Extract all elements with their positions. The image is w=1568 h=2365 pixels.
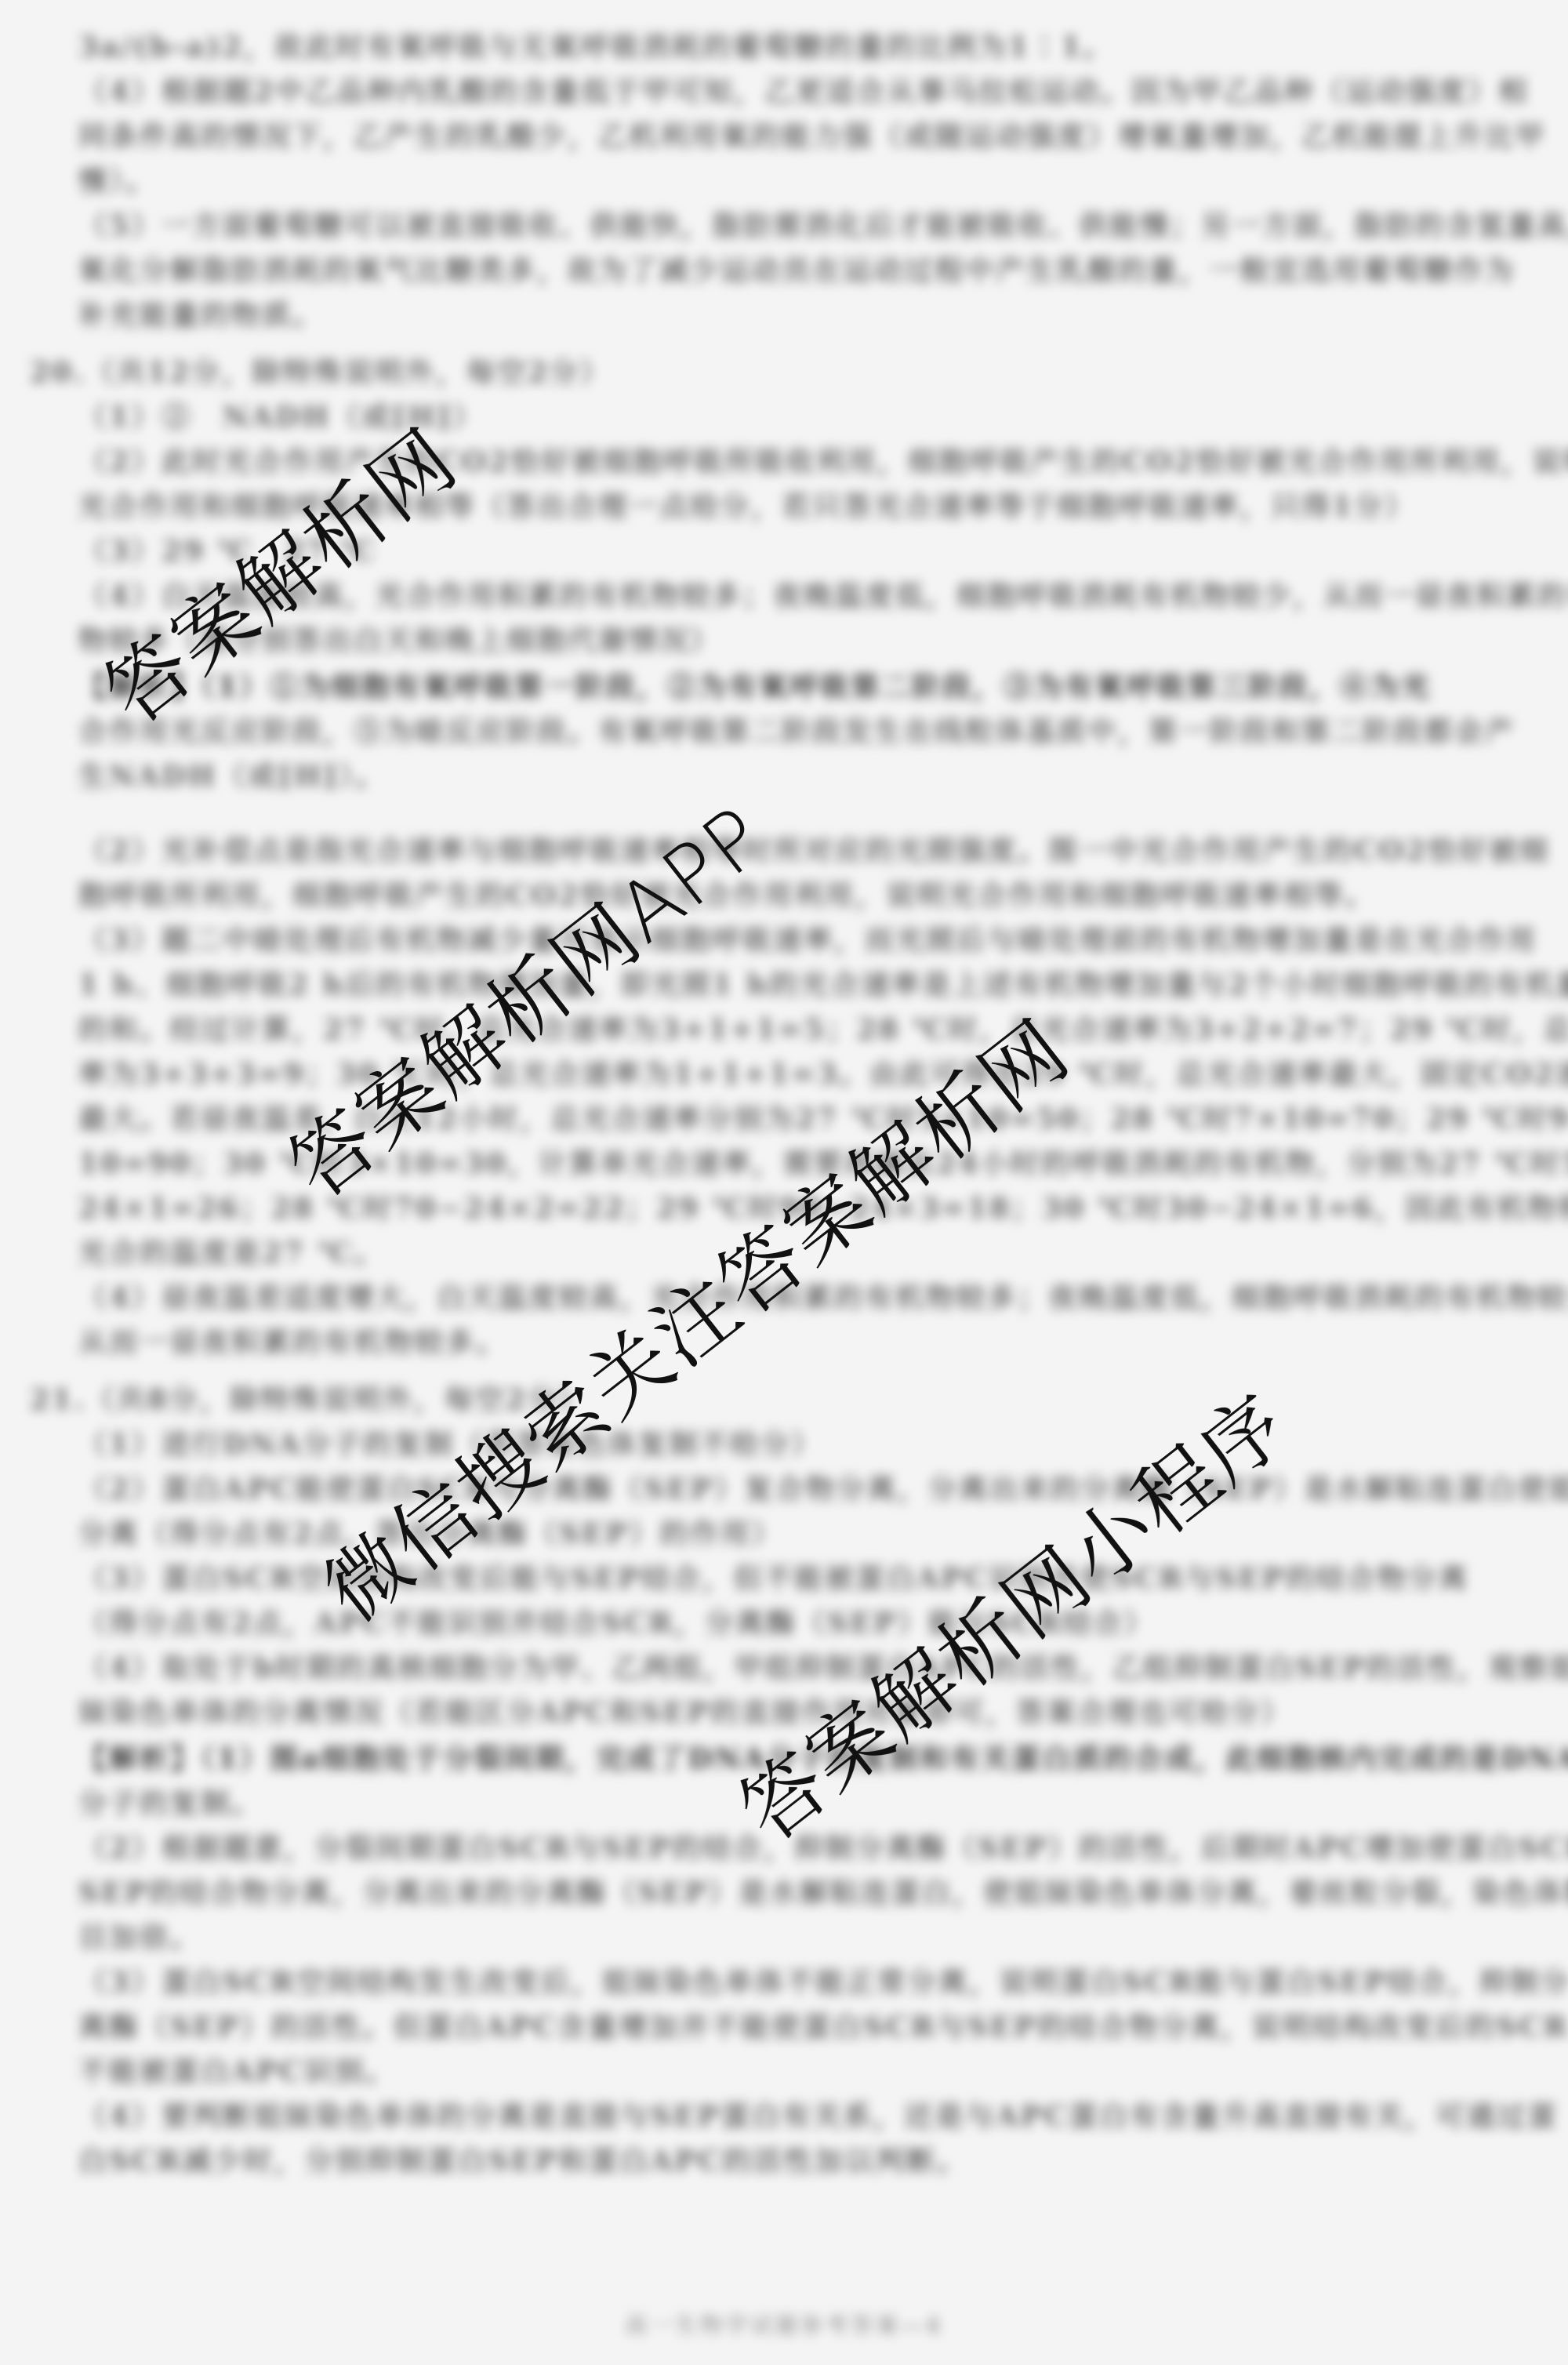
document-line: 率为3+3+3=9；30 ℃时，总光合速率为1+1+1=3。由此可得在29 ℃时… bbox=[78, 1059, 1568, 1090]
document-line: （4）要判断姐妹染色单体的分离是直接与SEP蛋白有关系，还是与APC蛋白有含量升… bbox=[78, 2101, 1558, 2132]
document-line: 同条件高的情况下，乙产生的乳酸少，乙机利用氧的能力强（或随运动强度）增氧量增加，… bbox=[78, 121, 1546, 152]
document-line: SEP的结合物分离，分离出来的分离酶（SEP）是水解粘连蛋白，使姐妹染色单体分离… bbox=[78, 1877, 1568, 1909]
document-line: 分子的复制。 bbox=[78, 1788, 262, 1819]
document-line: 1 h、细胞呼吸2 h后的有机物增加量，即光照1 h的光合速率是上述有机物增加量… bbox=[78, 969, 1568, 1001]
document-line: 慢）。 bbox=[78, 165, 156, 197]
document-line: 目加倍。 bbox=[78, 1922, 201, 1953]
document-line: 离酶（SEP）的活性。但蛋白APC含量增加并不能使蛋白SCR与SEP的结合物分离… bbox=[78, 2011, 1568, 2043]
document-line: （2）蛋白APC能使蛋白SCR与分离酶（SEP）复合物分离，分离出来的分离酶（S… bbox=[78, 1473, 1568, 1505]
document-line: 生NADH（或[H]）。 bbox=[78, 761, 386, 792]
document-line: 的和。经过计算，27 ℃时，总光合速率为3+1+1=5；28 ℃时，总光合速率为… bbox=[78, 1014, 1568, 1045]
document-line: （2）根据题意，分裂间期蛋白SCR与SEP的结合，抑制分离酶（SEP）的活性，后… bbox=[78, 1833, 1568, 1864]
page-footer: 高一生物学试题参考答案—4 bbox=[0, 2309, 1568, 2340]
document-line: 不能被蛋白APC识别。 bbox=[78, 2056, 396, 2087]
document-line: 妹染色单体的分离情况（若能区分APC和SEP的直接作用对象即可，答案合理也可给分… bbox=[78, 1697, 1291, 1728]
document-line: （4）取处于b时期的真核细胞分为甲、乙两组，甲组抑制蛋白APC的活性，乙组抑制蛋… bbox=[78, 1652, 1568, 1684]
document-line: 3a/(b-a)2，故此时有氧呼吸与无氧呼吸消耗的葡萄糖的量的比例为1∶1。 bbox=[78, 31, 1113, 63]
document-line: 合作用光反应阶段，⑤为暗反应阶段。有氧呼吸第二阶段发生在线粒体基质中，第一阶段和… bbox=[78, 716, 1515, 747]
document-line: （4）根据题2中乙品种内乳酸的含量低于甲可知，乙更适合从事马拉松运动。因为甲乙品… bbox=[78, 76, 1529, 107]
document-line: （2）光补偿点是指光合速率与细胞呼吸速率相等时所对应的光照强度。图一中光合作用产… bbox=[78, 835, 1550, 866]
document-line: 补充能量的物质。 bbox=[78, 300, 323, 331]
document-line: （3）蛋白SCR空间结构发生改变后，姐妹染色单体不能正常分离，说明蛋白SCR能与… bbox=[78, 1967, 1568, 1998]
document-line: （3）题二中暗处理后有机物减少量可表示细胞呼吸速率，而光照后与暗处理前的有机物增… bbox=[78, 925, 1537, 956]
document-line: 从而一昼夜积累的有机物较多。 bbox=[78, 1327, 506, 1358]
document-line: （2）此时光合作用产生的CO2恰好被细胞呼吸所吸收利用，细胞呼吸产生的CO2恰好… bbox=[78, 446, 1568, 478]
document-line: （3）蛋白SCR空间结构改变后能与SEP结合，但不能被蛋白APC识别并使SCR与… bbox=[78, 1563, 1469, 1594]
document-line: 【解析】（1）①为细胞有氧呼吸第一阶段，②为有氧呼吸第二阶段，③为有氧呼吸第三阶… bbox=[78, 671, 1432, 703]
document-line: （5）一方面葡萄糖可以被直接吸收、供能快，脂肪需消化后才能被吸收、供能慢；另一方… bbox=[78, 210, 1568, 242]
document-line: 白SCR减少时，分别抑制蛋白SEP和蛋白APC的活性加以判断。 bbox=[78, 2145, 967, 2177]
question-heading: 20.（共12分，除特殊说明外，每空2分） bbox=[30, 357, 611, 388]
document-line: 氧化分解脂肪消耗的氧气比糖类多，故为了减少运动员在运动过程中产生乳酸的量，一般宜… bbox=[78, 255, 1515, 286]
document-line: 光合的温度是27 ℃。 bbox=[78, 1237, 385, 1269]
